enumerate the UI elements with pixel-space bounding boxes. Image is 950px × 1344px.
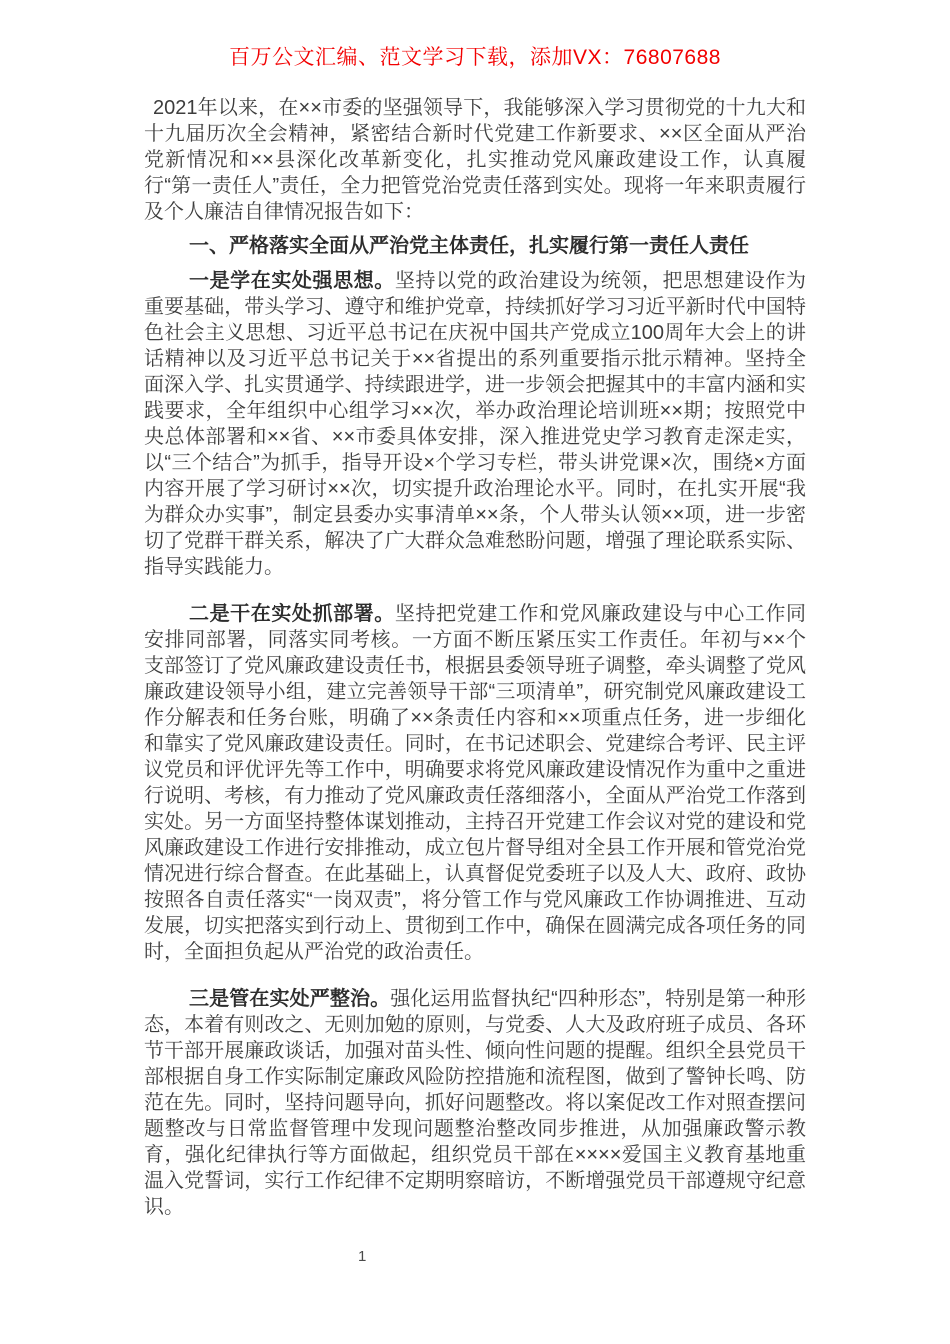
header-notice: 百万公文汇编、范文学习下载，添加VX：76807688	[0, 46, 950, 70]
paragraph-1-text: 坚持以党的政治建设为统领，把思想建设作为重要基础，带头学习、遵守和维护党章，持续…	[144, 270, 806, 578]
document-body: 2021年以来，在××市委的坚强领导下，我能够深入学习贯彻党的十九大和十九届历次…	[144, 95, 806, 1220]
paragraph-2-lead: 二是干在实处抓部署。	[189, 603, 395, 625]
intro-paragraph: 2021年以来，在××市委的坚强领导下，我能够深入学习贯彻党的十九大和十九届历次…	[144, 95, 806, 225]
section-heading: 一、严格落实全面从严治党主体责任，扎实履行第一责任人责任	[144, 233, 806, 259]
paragraph-1-lead: 一是学在实处强思想。	[189, 270, 395, 292]
document-page: 百万公文汇编、范文学习下载，添加VX：76807688 2021年以来，在××市…	[0, 0, 950, 1344]
paragraph-3-text: 强化运用监督执纪“四种形态”，特别是第一种形态，本着有则改之、无则加勉的原则，与…	[144, 988, 806, 1218]
paragraph-2: 二是干在实处抓部署。坚持把党建工作和党风廉政建设与中心工作同安排同部署，同落实同…	[144, 601, 806, 965]
paragraph-3: 三是管在实处严整治。强化运用监督执纪“四种形态”，特别是第一种形态，本着有则改之…	[144, 986, 806, 1220]
page-number: 1	[358, 1248, 366, 1266]
paragraph-1: 一是学在实处强思想。坚持以党的政治建设为统领，把思想建设作为重要基础，带头学习、…	[144, 268, 806, 580]
paragraph-2-text: 坚持把党建工作和党风廉政建设与中心工作同安排同部署，同落实同考核。一方面不断压紧…	[144, 603, 806, 963]
paragraph-3-lead: 三是管在实处严整治。	[189, 988, 390, 1010]
